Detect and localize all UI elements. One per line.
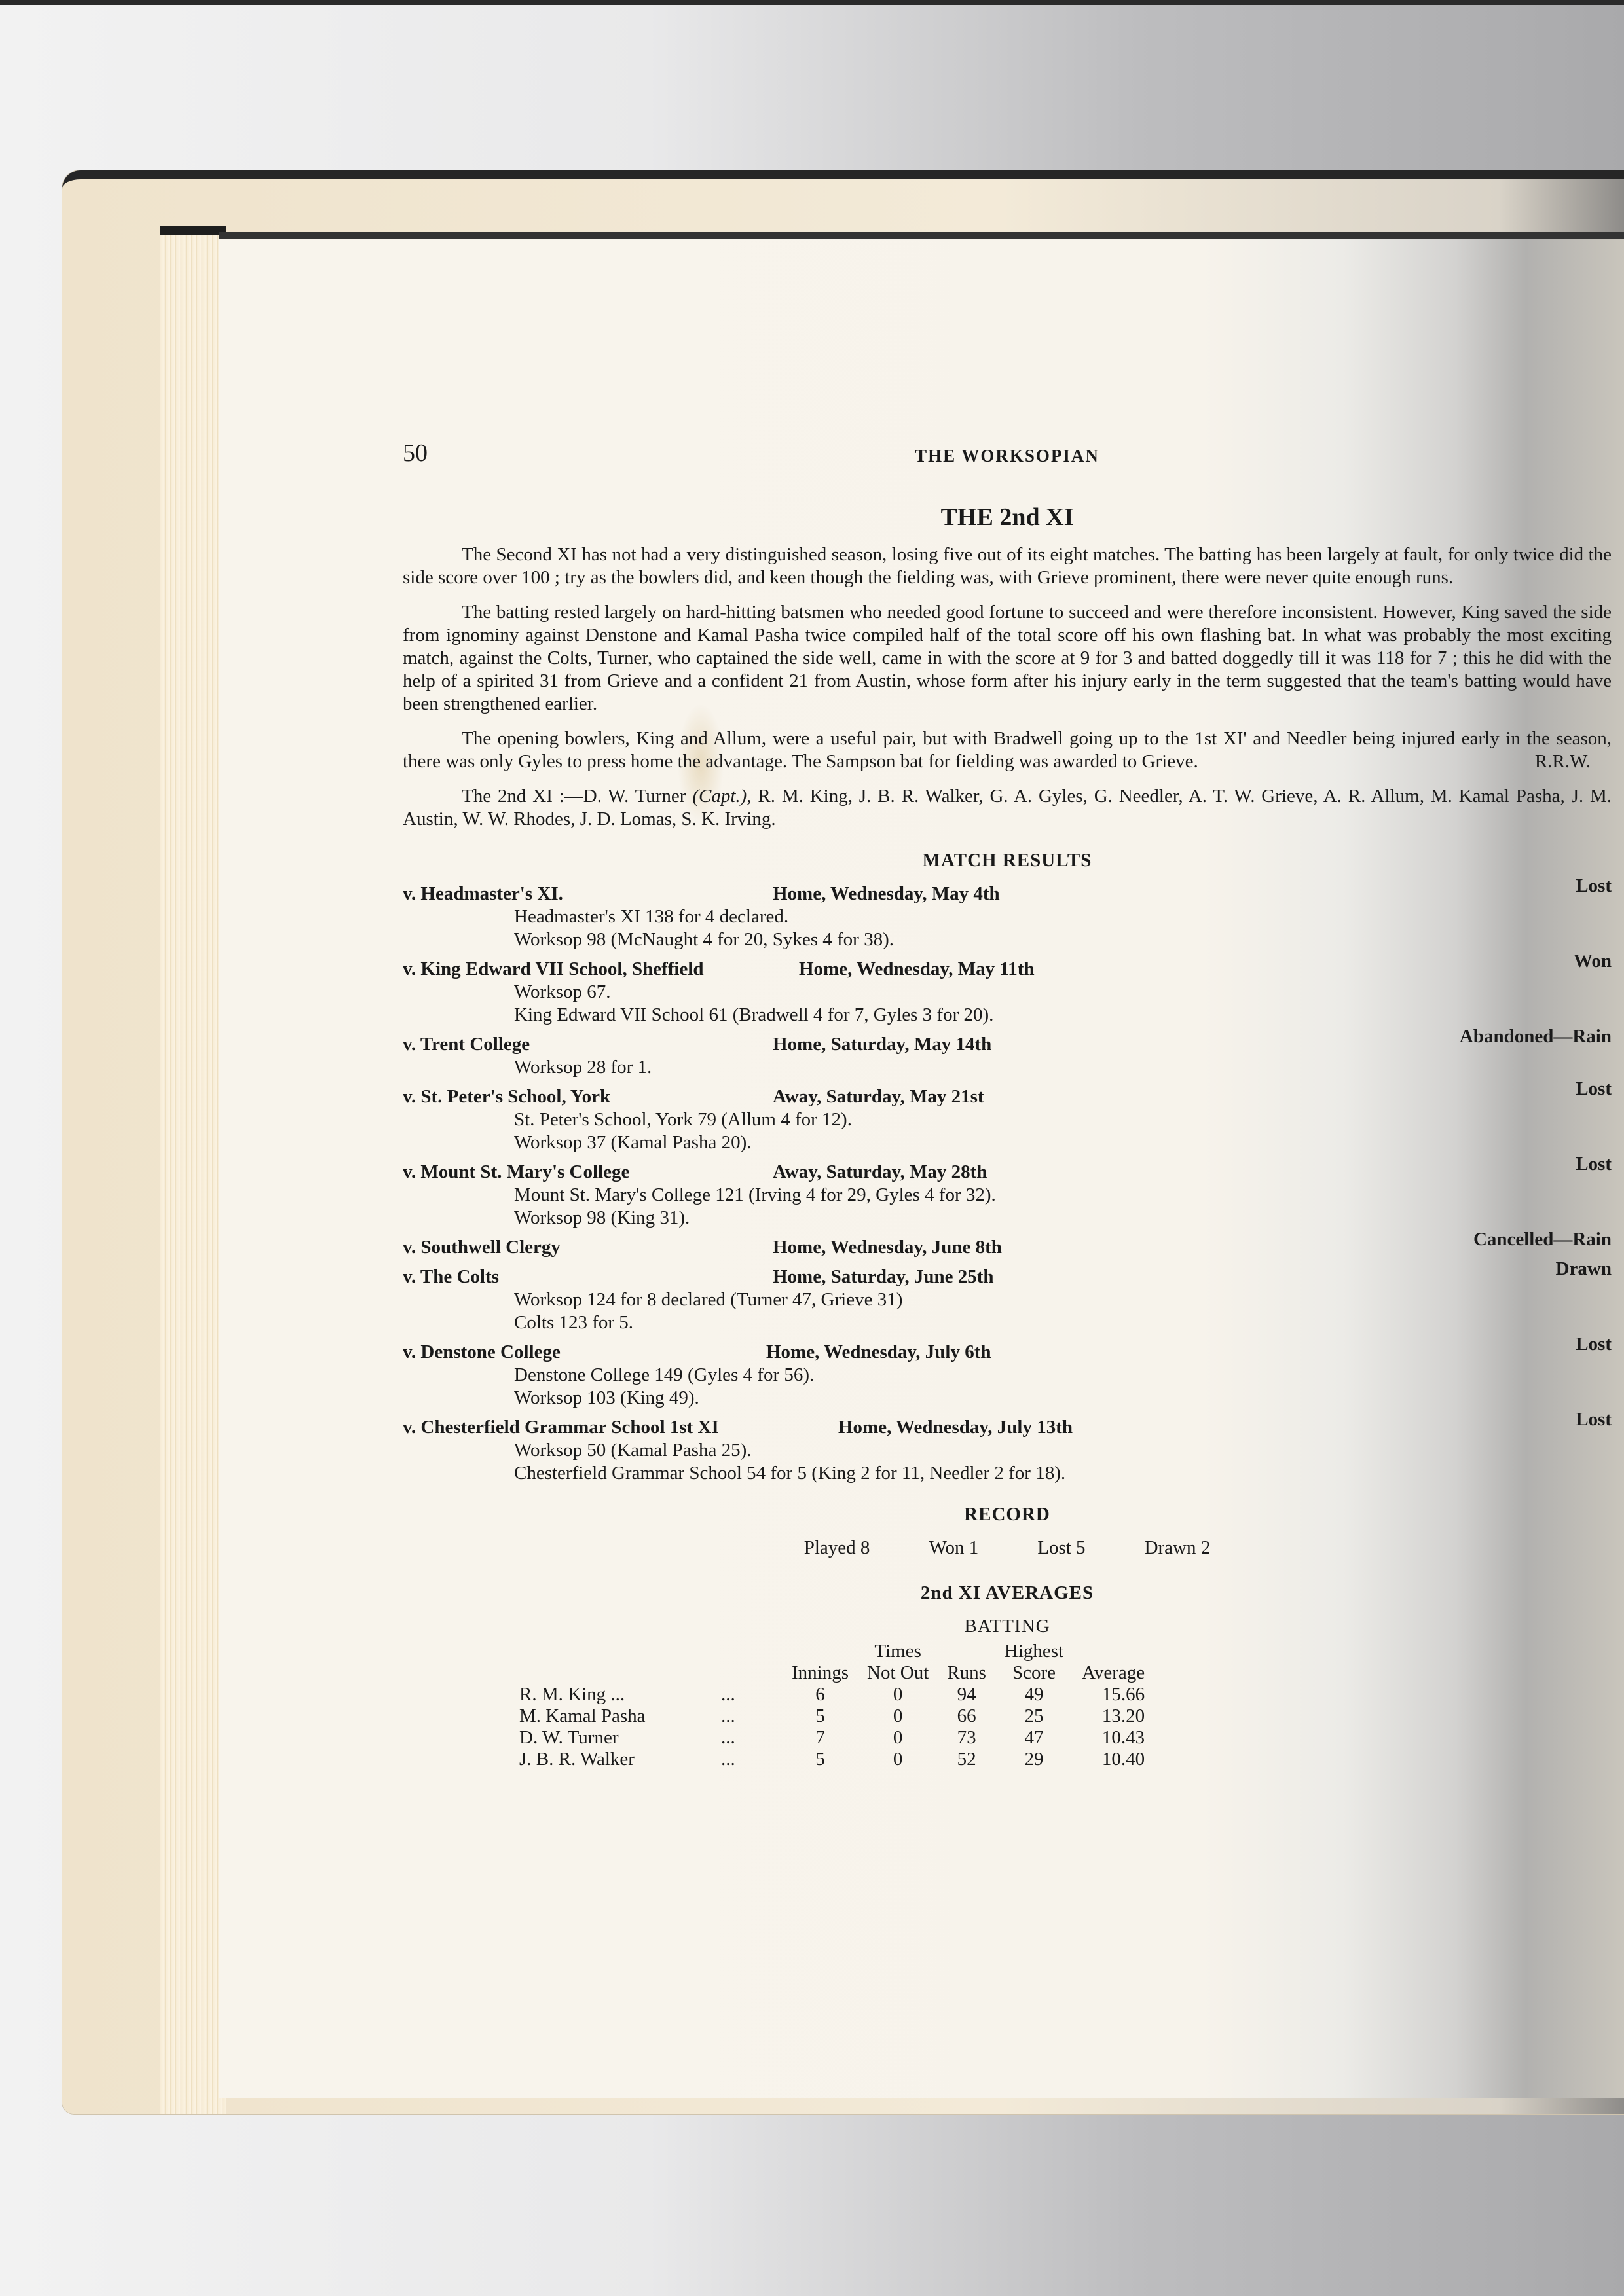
record-drawn: Drawn 2 <box>1145 1537 1211 1559</box>
match-opponent: v. Southwell Clergy <box>403 1236 561 1259</box>
player-name: J. B. R. Walker <box>519 1749 712 1770</box>
record-summary: Played 8 Won 1 Lost 5 Drawn 2 <box>403 1537 1612 1559</box>
player-name: R. M. King ... <box>519 1684 712 1705</box>
match-detail: St. Peter's School, York 79 (Allum 4 for… <box>403 1108 1612 1131</box>
match-results-heading: MATCH RESULTS <box>403 849 1612 872</box>
table-row: D. W. Turner ... 7 0 73 47 10.43 <box>519 1727 1154 1749</box>
match-detail: Worksop 98 (McNaught 4 for 20, Sykes 4 f… <box>403 928 1612 951</box>
match-result: Cancelled—Rain <box>1473 1228 1612 1251</box>
table-header-row: Innings TimesNot Out Runs HighestScore A… <box>519 1641 1154 1684</box>
table-row: J. B. R. Walker ... 5 0 52 29 10.40 <box>519 1749 1154 1770</box>
match-detail: Colts 123 for 5. <box>403 1311 1612 1334</box>
col-innings: Innings <box>783 1641 858 1684</box>
averages-heading: 2nd XI AVERAGES <box>403 1582 1612 1605</box>
match-venue-date: Away, Saturday, May 28th <box>773 1161 987 1184</box>
match-detail: Worksop 28 for 1. <box>403 1056 1612 1079</box>
paragraph-2: The batting rested largely on hard-hitti… <box>403 601 1612 716</box>
player-name: M. Kamal Pasha <box>519 1705 712 1727</box>
col-runs: Runs <box>938 1641 995 1684</box>
match-opponent: v. Trent College <box>403 1033 530 1056</box>
table-row: M. Kamal Pasha ... 5 0 66 25 13.20 <box>519 1705 1154 1727</box>
match-opponent: v. The Colts <box>403 1266 499 1288</box>
captain-mark: (Capt.) <box>692 786 747 807</box>
match-opponent: v. King Edward VII School, Sheffield <box>403 958 704 981</box>
match-result: Abandoned—Rain <box>1460 1025 1612 1048</box>
team-intro: The 2nd XI :—D. W. Turner <box>462 786 692 807</box>
match-venue-date: Home, Wednesday, July 6th <box>766 1341 991 1364</box>
match-opponent: v. Denstone College <box>403 1341 561 1364</box>
record-won: Won 1 <box>929 1537 978 1559</box>
paragraph-1: The Second XI has not had a very disting… <box>403 543 1612 589</box>
match-venue-date: Home, Saturday, June 25th <box>773 1266 994 1288</box>
match-detail: King Edward VII School 61 (Bradwell 4 fo… <box>403 1004 1612 1027</box>
col-average: Average <box>1073 1641 1154 1684</box>
match-detail: Mount St. Mary's College 121 (Irving 4 f… <box>403 1184 1612 1207</box>
match-opponent: v. Headmaster's XI. <box>403 883 563 905</box>
match-entry: v. Chesterfield Grammar School 1st XIHom… <box>403 1416 1612 1485</box>
match-venue-date: Away, Saturday, May 21st <box>773 1085 984 1108</box>
player-name: D. W. Turner <box>519 1727 712 1749</box>
match-detail: Worksop 98 (King 31). <box>403 1207 1612 1230</box>
match-entry: v. Denstone CollegeHome, Wednesday, July… <box>403 1341 1612 1410</box>
scanner-edge <box>0 0 1624 5</box>
team-list: The 2nd XI :—D. W. Turner (Capt.), R. M.… <box>403 785 1612 831</box>
col-not-out: TimesNot Out <box>858 1641 938 1684</box>
match-opponent: v. Chesterfield Grammar School 1st XI <box>403 1416 719 1439</box>
match-result: Lost <box>1576 1408 1612 1431</box>
match-opponent: v. St. Peter's School, York <box>403 1085 610 1108</box>
match-venue-date: Home, Wednesday, May 11th <box>799 958 1035 981</box>
article-title: THE 2nd XI <box>403 506 1612 529</box>
batting-averages-table: Innings TimesNot Out Runs HighestScore A… <box>519 1641 1154 1770</box>
match-detail: Worksop 67. <box>403 981 1612 1004</box>
match-detail: Chesterfield Grammar School 54 for 5 (Ki… <box>403 1462 1612 1485</box>
match-venue-date: Home, Wednesday, May 4th <box>773 883 1000 905</box>
match-result: Drawn <box>1556 1258 1612 1281</box>
match-venue-date: Home, Saturday, May 14th <box>773 1033 991 1056</box>
record-lost: Lost 5 <box>1037 1537 1085 1559</box>
running-header: 50 THE WORKSOPIAN <box>403 435 1612 475</box>
journal-title: THE WORKSOPIAN <box>403 445 1612 467</box>
book-page: 50 THE WORKSOPIAN THE 2nd XI The Second … <box>219 232 1624 2098</box>
author-signature: R.R.W. <box>1476 750 1591 773</box>
match-detail: Worksop 50 (Kamal Pasha 25). <box>403 1439 1612 1462</box>
col-highest: HighestScore <box>995 1641 1073 1684</box>
match-list: v. Headmaster's XI.Home, Wednesday, May … <box>403 883 1612 1485</box>
match-venue-date: Home, Wednesday, July 13th <box>838 1416 1073 1439</box>
record-heading: RECORD <box>403 1503 1612 1526</box>
table-row: R. M. King ... ... 6 0 94 49 15.66 <box>519 1684 1154 1705</box>
match-detail: Headmaster's XI 138 for 4 declared. <box>403 905 1612 928</box>
page-content: 50 THE WORKSOPIAN THE 2nd XI The Second … <box>403 435 1612 1770</box>
batting-heading: BATTING <box>403 1615 1612 1638</box>
match-result: Lost <box>1576 1078 1612 1101</box>
match-result: Lost <box>1576 1333 1612 1356</box>
match-detail: Worksop 103 (King 49). <box>403 1387 1612 1410</box>
match-opponent: v. Mount St. Mary's College <box>403 1161 629 1184</box>
match-result: Won <box>1574 950 1612 973</box>
match-entry: v. King Edward VII School, SheffieldHome… <box>403 958 1612 1027</box>
match-entry: v. Southwell ClergyHome, Wednesday, June… <box>403 1236 1612 1259</box>
record-played: Played 8 <box>804 1537 870 1559</box>
match-detail: Denstone College 149 (Gyles 4 for 56). <box>403 1364 1612 1387</box>
paragraph-3-text: The opening bowlers, King and Allum, wer… <box>403 728 1612 772</box>
match-venue-date: Home, Wednesday, June 8th <box>773 1236 1002 1259</box>
match-result: Lost <box>1576 1153 1612 1176</box>
match-result: Lost <box>1576 875 1612 898</box>
match-entry: v. St. Peter's School, YorkAway, Saturda… <box>403 1085 1612 1154</box>
match-detail: Worksop 124 for 8 declared (Turner 47, G… <box>403 1288 1612 1311</box>
match-entry: v. The ColtsHome, Saturday, June 25thDra… <box>403 1266 1612 1334</box>
match-entry: v. Trent CollegeHome, Saturday, May 14th… <box>403 1033 1612 1079</box>
match-entry: v. Headmaster's XI.Home, Wednesday, May … <box>403 883 1612 951</box>
page-block-edge <box>160 226 226 2114</box>
paragraph-3: The opening bowlers, King and Allum, wer… <box>403 727 1612 773</box>
match-entry: v. Mount St. Mary's CollegeAway, Saturda… <box>403 1161 1612 1230</box>
match-detail: Worksop 37 (Kamal Pasha 20). <box>403 1131 1612 1154</box>
